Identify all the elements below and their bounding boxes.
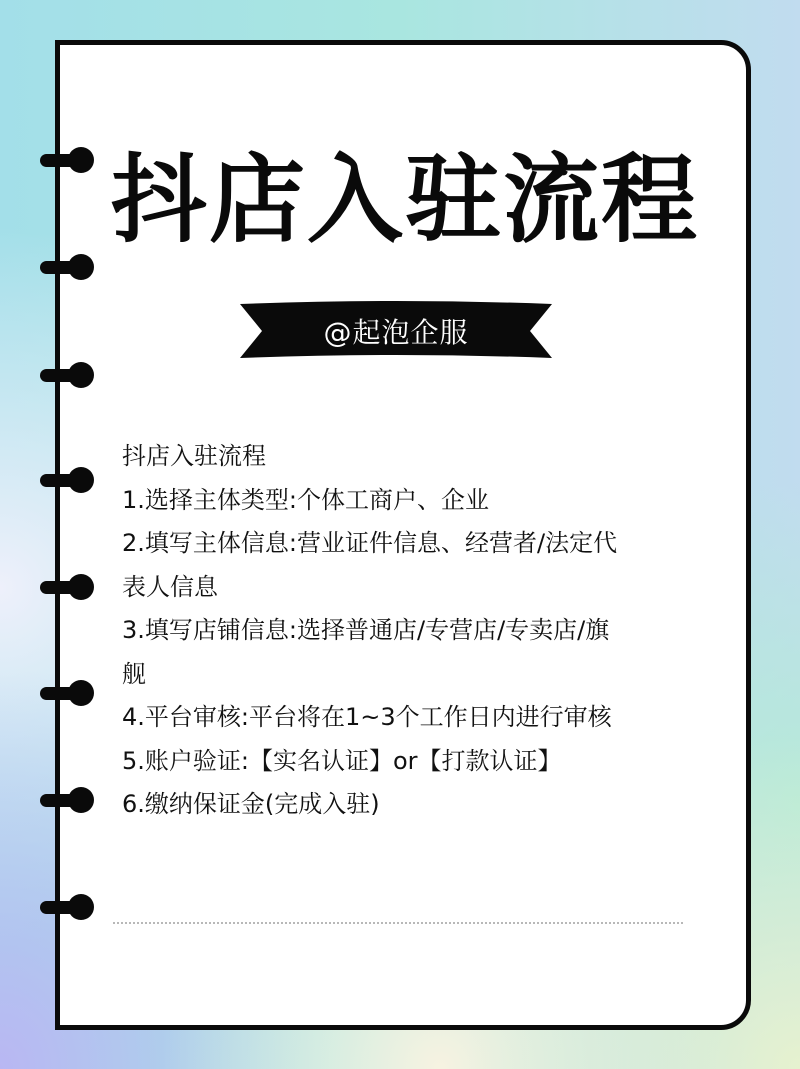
step-line: 6.缴纳保证金(完成入驻) <box>122 783 702 827</box>
step-line: 2.填写主体信息:营业证件信息、经营者/法定代 <box>122 522 702 566</box>
binder-ring-icon <box>40 362 94 388</box>
binder-ring-icon <box>40 680 94 706</box>
binder-ring-icon <box>40 147 94 173</box>
binder-ring-icon <box>40 254 94 280</box>
binder-ring-icon <box>40 894 94 920</box>
step-line: 3.填写店铺信息:选择普通店/专营店/专卖店/旗 <box>122 609 702 653</box>
step-line: 4.平台审核:平台将在1~3个工作日内进行审核 <box>122 696 702 740</box>
author-handle: @起泡企服 <box>240 300 552 362</box>
step-line: 舰 <box>122 653 702 697</box>
author-ribbon-banner: @起泡企服 <box>240 300 552 362</box>
step-line: 表人信息 <box>122 566 702 610</box>
step-line: 1.选择主体类型:个体工商户、企业 <box>122 479 702 523</box>
binder-ring-icon <box>40 467 94 493</box>
steps-heading: 抖店入驻流程 <box>122 435 702 479</box>
dotted-divider <box>113 922 683 924</box>
page-title: 抖店入驻流程 <box>100 140 710 260</box>
step-line: 5.账户验证:【实名认证】or【打款认证】 <box>122 740 702 784</box>
binder-ring-icon <box>40 787 94 813</box>
process-steps: 抖店入驻流程 1.选择主体类型:个体工商户、企业 2.填写主体信息:营业证件信息… <box>122 435 702 827</box>
binder-ring-icon <box>40 574 94 600</box>
